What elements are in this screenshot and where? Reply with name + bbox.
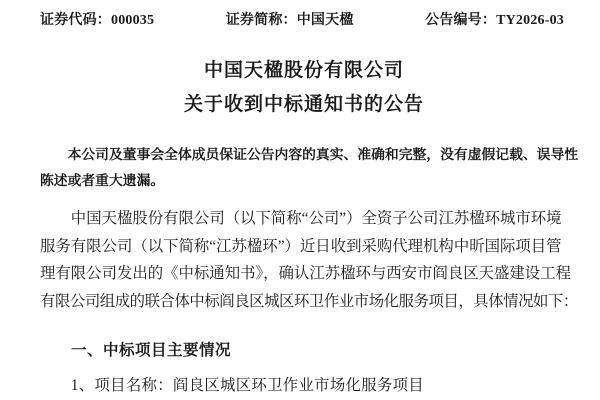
stock-code: 证券代码：000035: [40, 12, 154, 30]
stock-short-name: 证券简称：中国天楹: [226, 12, 354, 30]
announcement-subject-title: 关于收到中标通知书的公告: [40, 88, 568, 122]
document-title: 中国天楹股份有限公司 关于收到中标通知书的公告: [40, 54, 580, 122]
board-disclaimer: 本公司及董事会全体成员保证公告内容的真实、准确和完整，没有虚假记载、误导性 陈述…: [40, 142, 580, 193]
disclaimer-line: 本公司及董事会全体成员保证公告内容的真实、准确和完整，没有虚假记载、误导性: [40, 142, 580, 168]
disclaimer-line: 陈述或者重大遗漏。: [40, 168, 580, 194]
announcement-document: 证券代码：000035 证券简称：中国天楹 公告编号：TY2026-03 中国天…: [0, 0, 600, 400]
body-line: 中国天楹股份有限公司（以下简称“公司”）全资子公司江苏楹环城市环境: [40, 205, 580, 233]
section-heading-won-bid-overview: 一、中标项目主要情况: [40, 341, 580, 360]
document-meta-row: 证券代码：000035 证券简称：中国天楹 公告编号：TY2026-03: [40, 12, 580, 30]
body-line: 理有限公司发出的《中标通知书》，确认江苏楹环与西安市阎良区天盛建设工程: [40, 260, 580, 288]
company-name-title: 中国天楹股份有限公司: [40, 54, 568, 88]
body-line: 服务有限公司（以下简称“江苏楹环”）近日收到采购代理机构中昕国际项目管: [40, 233, 580, 261]
list-item-project-name: 1、项目名称：阎良区城区环卫作业市场化服务项目: [40, 376, 580, 396]
body-line: 有限公司组成的联合体中标阎良区城区环卫作业市场化服务项目，具体情况如下：: [40, 288, 580, 316]
body-paragraph: 中国天楹股份有限公司（以下简称“公司”）全资子公司江苏楹环城市环境 服务有限公司…: [40, 205, 580, 315]
announcement-number: 公告编号：TY2026-03: [425, 12, 564, 30]
